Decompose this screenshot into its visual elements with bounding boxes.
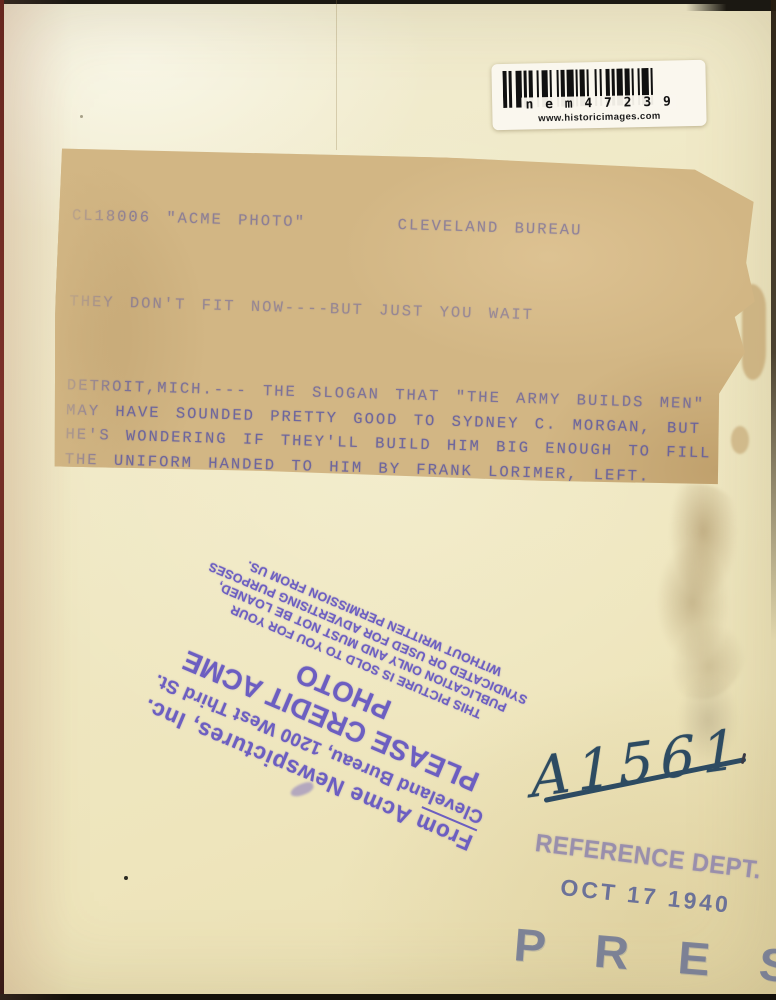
scan-edge-bottom — [0, 994, 776, 1000]
paper-crease — [336, 0, 337, 150]
paper-speck — [80, 115, 83, 118]
caption-title-line: THEY DON'T FIT NOW----BUT JUST YOU WAIT — [69, 289, 747, 334]
paper-speck — [124, 876, 128, 880]
torn-label-residue — [731, 426, 749, 454]
scan-edge-top-right — [686, 0, 776, 11]
scan-edge-top — [0, 0, 776, 4]
typed-caption-label: CL18006 "ACME PHOTO" CLEVELAND BUREAU TH… — [50, 146, 761, 488]
agency-stamp-text: From Acme Newspictures, Inc. Cleveland B… — [117, 532, 564, 866]
caption-slug-line: CL18006 "ACME PHOTO" CLEVELAND BUREAU — [72, 203, 750, 248]
press-stamp: P R E S S — [512, 919, 776, 1000]
label-fade-overlay — [50, 146, 139, 469]
paper-tint-left — [0, 0, 72, 1000]
barcode-sticker: n e m 4 7 2 3 9 www.historicimages.com — [491, 60, 706, 130]
scan-edge-right — [771, 0, 776, 640]
water-stain — [644, 484, 752, 699]
press-photo-back: n e m 4 7 2 3 9 www.historicimages.com C… — [0, 0, 776, 1000]
date-stamp: OCT 17 1940 — [559, 874, 732, 919]
text-line: REGIMENT BAND EXPLAINED,"THEY DON'T GET … — [63, 496, 741, 541]
agency-stamp: From Acme Newspictures, Inc. Cleveland B… — [133, 553, 547, 845]
